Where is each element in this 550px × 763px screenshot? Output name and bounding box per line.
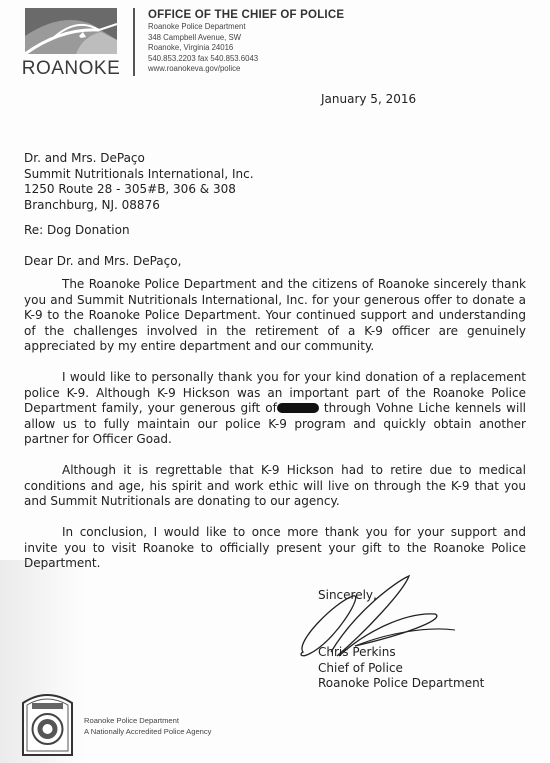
signer-block: Chris Perkins Chief of Police Roanoke Po…	[318, 645, 484, 692]
footer-line-2: A Nationally Accredited Police Agency	[84, 727, 211, 738]
recipient-address-line1: 1250 Route 28 - 305#B, 306 & 308	[24, 182, 254, 198]
office-phone-fax: 540.853.2203 fax 540.853.6043	[148, 54, 344, 65]
recipient-address: Dr. and Mrs. DePaço Summit Nutritionals …	[24, 151, 254, 213]
signer-title: Chief of Police	[318, 661, 484, 677]
logo-wordmark: ROANOKE	[21, 58, 121, 80]
roanoke-city-logo-icon: ROANOKE	[21, 6, 121, 78]
subject-line: Re: Dog Donation	[24, 223, 130, 239]
office-department: Roanoke Police Department	[148, 22, 344, 33]
letter-body: The Roanoke Police Department and the ci…	[24, 277, 526, 587]
footer-line-1: Roanoke Police Department	[84, 716, 211, 727]
signer-name: Chris Perkins	[318, 645, 484, 661]
salutation: Dear Dr. and Mrs. DePaço,	[24, 254, 181, 270]
recipient-address-line2: Branchburg, NJ. 08876	[24, 198, 254, 214]
police-badge-emblem-icon	[20, 689, 75, 757]
redaction-mark-icon	[277, 403, 319, 413]
closing: Sincerely,	[318, 588, 377, 604]
body-paragraph-1: The Roanoke Police Department and the ci…	[24, 277, 526, 355]
office-street: 348 Campbell Avenue, SW	[148, 33, 344, 44]
letterhead-office: OFFICE OF THE CHIEF OF POLICE Roanoke Po…	[148, 8, 344, 75]
letterhead-divider	[133, 8, 135, 76]
recipient-company: Summit Nutritionals International, Inc.	[24, 167, 254, 183]
recipient-name: Dr. and Mrs. DePaço	[24, 151, 254, 167]
signer-department: Roanoke Police Department	[318, 676, 484, 692]
body-paragraph-4: In conclusion, I would like to once more…	[24, 525, 526, 572]
office-title: OFFICE OF THE CHIEF OF POLICE	[148, 8, 344, 22]
office-city: Roanoke, Virginia 24016	[148, 43, 344, 54]
body-paragraph-2: I would like to personally thank you for…	[24, 370, 526, 448]
office-website: www.roanokeva.gov/police	[148, 64, 344, 75]
footer: Roanoke Police Department A Nationally A…	[84, 716, 211, 737]
letter-date: January 5, 2016	[321, 92, 416, 106]
body-paragraph-3: Although it is regrettable that K-9 Hick…	[24, 463, 526, 510]
